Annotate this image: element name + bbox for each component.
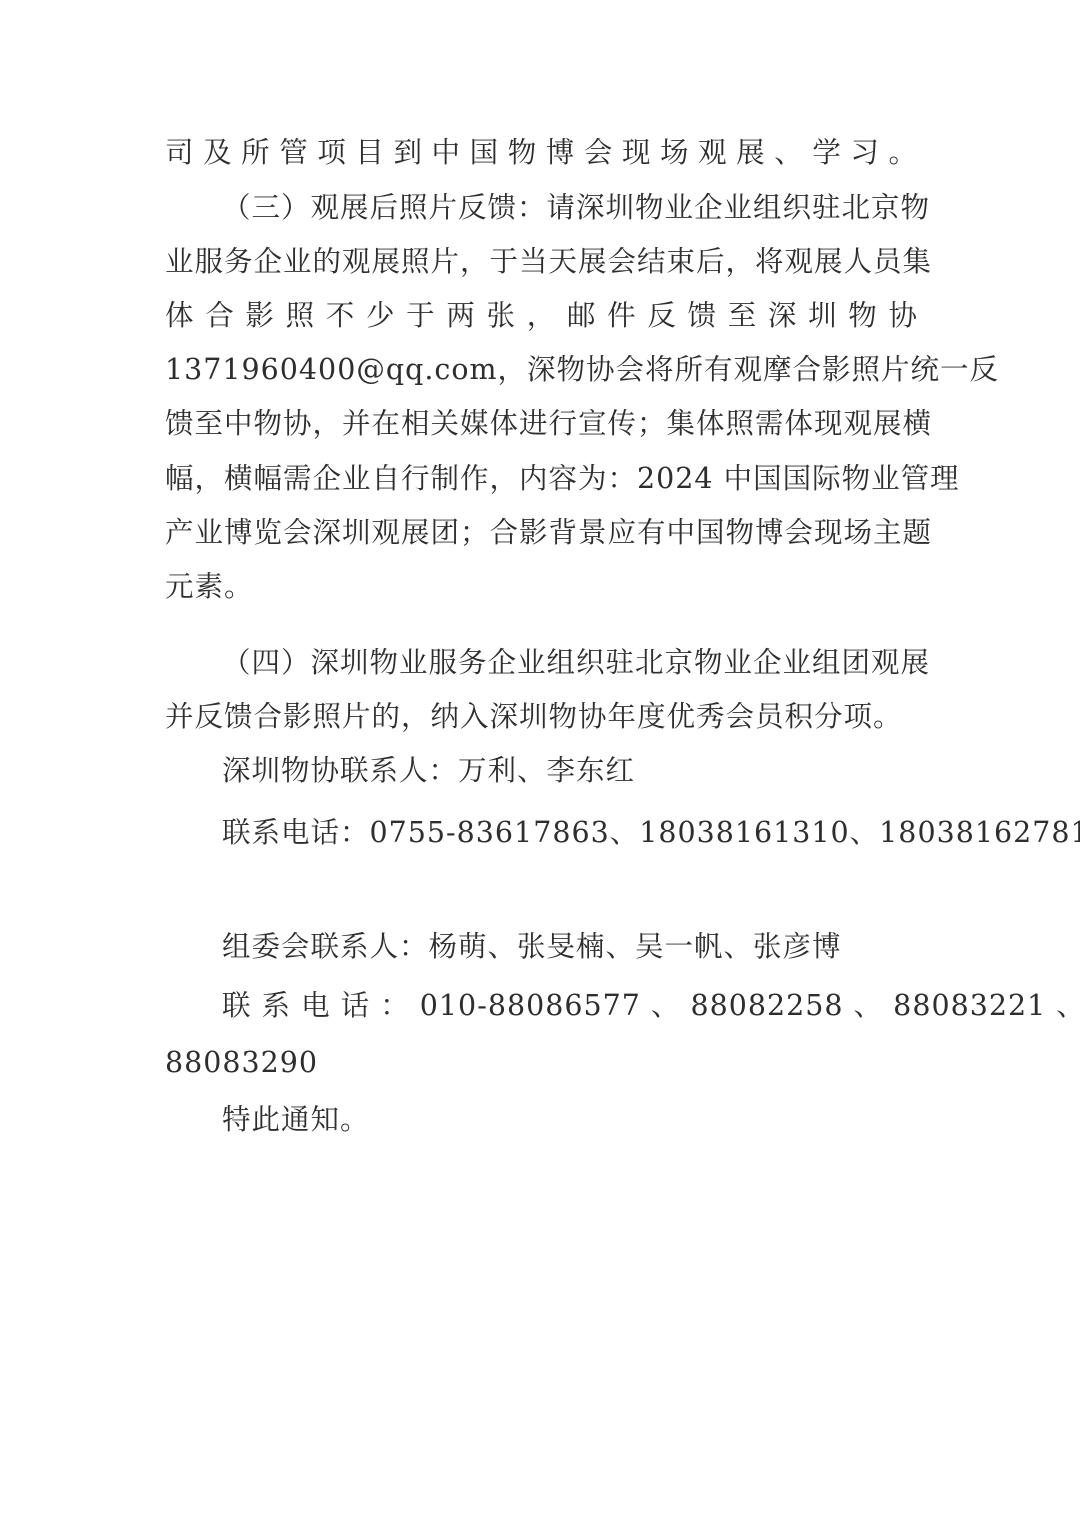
section-3-line-7: 产业博览会深圳观展团；合影背景应有中国物博会现场主题	[165, 513, 918, 553]
section-3-line-8: 元素。	[165, 567, 254, 607]
section-3-line-3: 体 合 影 照 不 少 于 两 张 ， 邮 件 反 馈 至 深 圳 物 协	[165, 296, 918, 336]
paragraph-2-end-line: 司及所管项目到中国物博会现场观展、学习。	[165, 133, 918, 173]
document-page: 司及所管项目到中国物博会现场观展、学习。 （三）观展后照片反馈：请深圳物业企业组…	[0, 0, 1080, 1527]
committee-contact-phone: 联 系 电 话 ： 010-88086577 、 88082258 、 8808…	[222, 986, 918, 1026]
section-4-heading-line: （四）深圳物业服务企业组织驻北京物业企业组团观展	[222, 643, 918, 683]
section-3-heading-line: （三）观展后照片反馈：请深圳物业企业组织驻北京物	[222, 188, 918, 228]
committee-contact-phone-cont: 88083290	[165, 1043, 318, 1083]
shenzhen-contact-phone: 联系电话：0755-83617863、18038161310、180381627…	[222, 813, 918, 853]
committee-contact-person: 组委会联系人：杨萌、张旻楠、吴一帆、张彦博	[222, 927, 842, 967]
section-3-line-5: 馈至中物协，并在相关媒体进行宣传；集体照需体现观展横	[165, 404, 918, 444]
section-3-line-2: 业服务企业的观展照片，于当天展会结束后，将观展人员集	[165, 242, 918, 282]
section-4-line-2: 并反馈合影照片的，纳入深圳物协年度优秀会员积分项。	[165, 697, 903, 737]
shenzhen-contact-person: 深圳物协联系人：万利、李东红	[222, 751, 635, 791]
section-3-email-line: 1371960400@qq.com，深物协会将所有观摩合影照片统一反	[165, 350, 918, 390]
closing-remark: 特此通知。	[222, 1100, 370, 1140]
section-3-line-6: 幅，横幅需企业自行制作，内容为：2024 中国国际物业管理	[165, 459, 918, 499]
